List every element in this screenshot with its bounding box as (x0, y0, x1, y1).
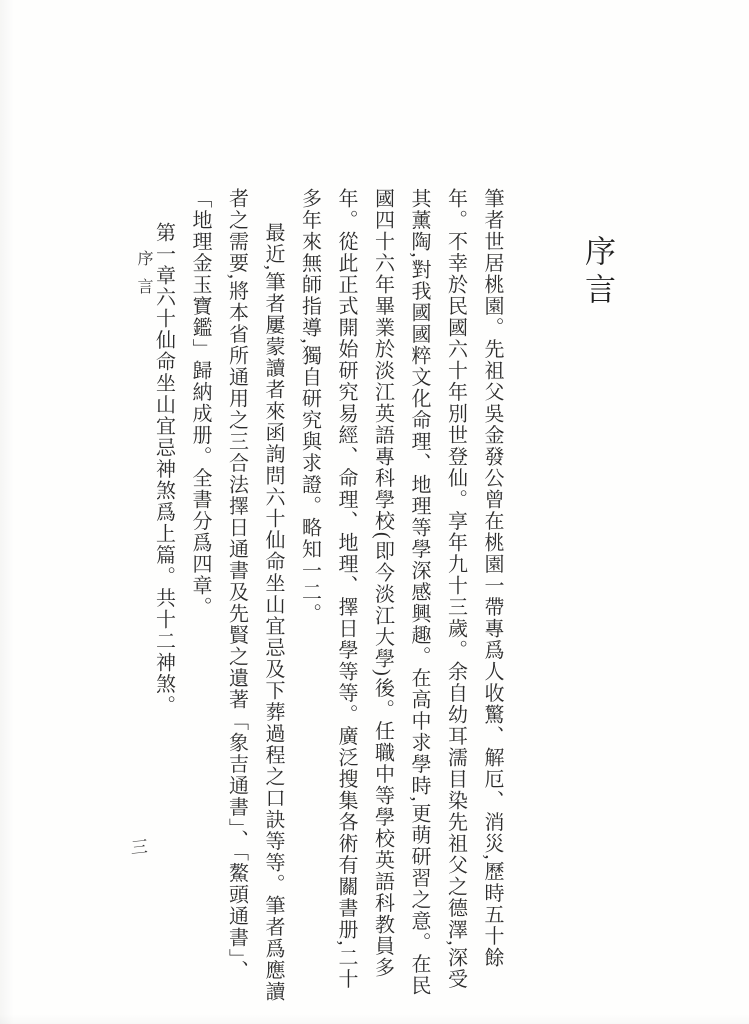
paragraph: 最近,筆者屢蒙讀者來函詢問六十仙命坐山宜忌及下葬過程之口訣等等。筆者爲應讀者之需… (182, 188, 292, 1010)
page-number: 三 (131, 832, 148, 859)
body-text-block: 筆者世居桃園。先祖父吳金發公曾在桃園一帶專爲人收驚、解厄、消災,歷時五十餘年。不… (144, 188, 510, 1010)
page-title: 序言 (575, 235, 620, 311)
running-head-margin-label: 序言 (132, 250, 155, 306)
paragraph: 筆者世居桃園。先祖父吳金發公曾在桃園一帶專爲人收驚、解厄、消災,歷時五十餘年。不… (291, 188, 510, 1010)
paragraph: 第一章六十仙命坐山宜忌神煞爲上篇。共十二神煞。 (145, 188, 182, 1010)
scanned-book-page: 序言 筆者世居桃園。先祖父吳金發公曾在桃園一帶專爲人收驚、解厄、消災,歷時五十餘… (0, 0, 749, 1024)
